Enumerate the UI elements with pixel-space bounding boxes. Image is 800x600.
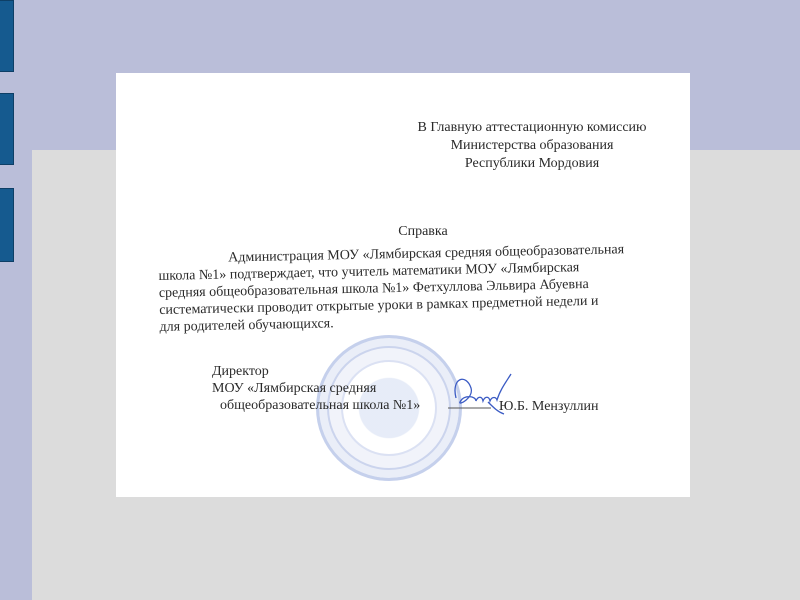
- side-bar-1: [0, 0, 14, 72]
- signer-name: Ю.Б. Мензуллин: [499, 398, 598, 415]
- addressee-block: В Главную аттестационную комиссию Минист…: [402, 119, 662, 173]
- addressee-line: Республики Мордовия: [402, 155, 662, 173]
- signer-position: Директор: [212, 363, 420, 380]
- addressee-line: В Главную аттестационную комиссию: [402, 119, 662, 137]
- document-title: Справка: [116, 223, 690, 240]
- signer-org-line: МОУ «Лямбирская средняя: [212, 380, 420, 397]
- signature-block: Директор МОУ «Лямбирская средняя общеобр…: [212, 363, 420, 414]
- signer-org-line: общеобразовательная школа №1»: [212, 397, 420, 414]
- scanned-document: В Главную аттестационную комиссию Минист…: [116, 73, 690, 497]
- document-body: Администрация МОУ «Лямбирская средняя об…: [158, 241, 660, 336]
- addressee-line: Министерства образования: [402, 137, 662, 155]
- side-bar-2: [0, 93, 14, 165]
- side-bar-3: [0, 188, 14, 262]
